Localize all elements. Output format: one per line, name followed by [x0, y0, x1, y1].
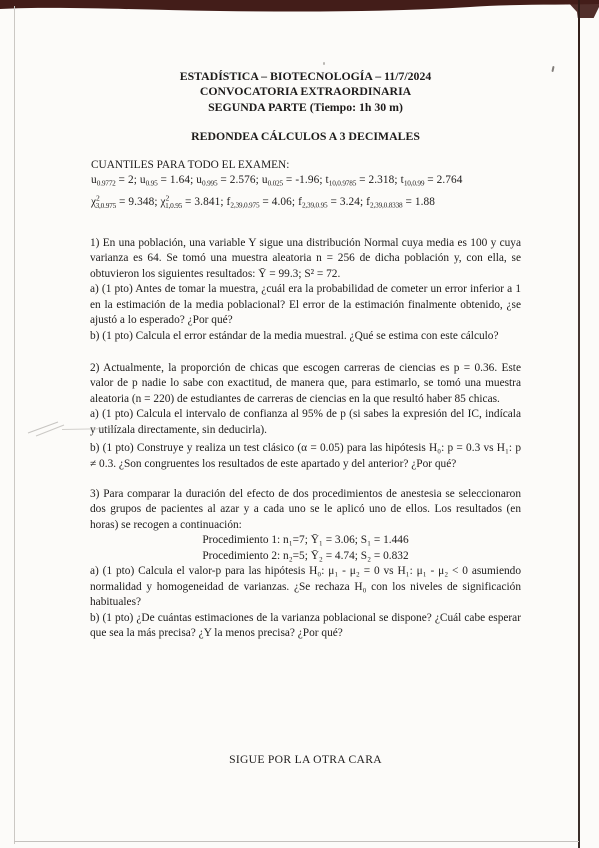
exam-session: CONVOCATORIA EXTRAORDINARIA — [90, 84, 521, 99]
question-1-intro: 1) En una población, una variable Y sigu… — [90, 236, 521, 282]
question-3-part-b: b) (1 pto) ¿De cuántas estimaciones de l… — [90, 611, 521, 642]
question-3-procedure-2: Procedimiento 2: n₂=5; Ȳ₂ = 4.74; S₂ = 0… — [90, 549, 521, 564]
quantile-formula: f2,39,0.975 = 4.06; — [227, 196, 299, 208]
question-1: 1) En una población, una variable Y sigu… — [90, 236, 521, 344]
quantile-formula: u0.95 = 1.64; — [140, 174, 196, 186]
question-1-part-a: a) (1 pto) Antes de tomar la muestra, ¿c… — [90, 282, 521, 328]
paper-left-fold-line — [14, 6, 15, 844]
quantiles-row-2: χ23,0.975 = 9.348; χ21,0.95 = 3.841; f2,… — [91, 191, 536, 213]
ink-speck — [551, 66, 554, 72]
question-1-part-b: b) (1 pto) Calcula el error estándar de … — [90, 329, 521, 344]
quantile-formula: u0.025 = -1.96; — [262, 174, 326, 186]
question-3-procedure-1: Procedimiento 1: n₁=7; Ȳ₁ = 3.06; S₁ = 1… — [90, 533, 521, 548]
question-2-intro: 2) Actualmente, la proporción de chicas … — [90, 361, 521, 407]
quantile-formula: u0.9772 = 2; — [91, 174, 140, 186]
quantile-formula: χ21,0.95 = 3.841; — [160, 196, 226, 208]
quantile-formula: t10,0.9785 = 2.318; — [326, 174, 401, 186]
quantiles-block: CUANTILES PARA TODO EL EXAMEN: u0.9772 =… — [91, 158, 536, 213]
quantile-formula: t10,0.99 = 2.764 — [401, 174, 463, 186]
scanned-exam-page: ESTADÍSTICA – BIOTECNOLOGÍA – 11/7/2024 … — [0, 0, 599, 848]
quantile-formula: u0.995 = 2.576; — [196, 174, 262, 186]
question-3-intro: 3) Para comparar la duración del efecto … — [90, 487, 521, 533]
question-3: 3) Para comparar la duración del efecto … — [90, 487, 521, 642]
question-2: 2) Actualmente, la proporción de chicas … — [90, 361, 521, 472]
quantile-formula: f2,39,0.95 = 3.24; — [298, 196, 366, 208]
ink-speck — [323, 62, 325, 65]
question-2-part-a: a) (1 pto) Calcula el intervalo de confi… — [90, 407, 521, 438]
quantiles-row-1: u0.9772 = 2; u0.95 = 1.64; u0.995 = 2.57… — [91, 173, 536, 191]
rounding-instruction: REDONDEA CÁLCULOS A 3 DECIMALES — [90, 129, 521, 144]
question-3-part-a: a) (1 pto) Calcula el valor-p para las h… — [90, 564, 521, 610]
quantile-formula: χ23,0.975 = 9.348; — [91, 196, 160, 208]
exam-part-and-time: SEGUNDA PARTE (Tiempo: 1h 30 m) — [90, 100, 521, 115]
exam-title: ESTADÍSTICA – BIOTECNOLOGÍA – 11/7/2024 — [90, 69, 521, 84]
question-2-part-b: b) (1 pto) Construye y realiza un test c… — [90, 441, 521, 472]
continuation-note: SIGUE POR LA OTRA CARA — [90, 753, 521, 766]
quantiles-heading: CUANTILES PARA TODO EL EXAMEN: — [91, 158, 536, 173]
paper-right-edge-line — [578, 0, 580, 848]
exam-header: ESTADÍSTICA – BIOTECNOLOGÍA – 11/7/2024 … — [90, 69, 521, 115]
paper-bottom-edge-line — [14, 841, 579, 842]
quantile-formula: f2,39,0.8338 = 1.88 — [366, 196, 435, 208]
scanner-bed-top-edge — [0, 0, 599, 18]
